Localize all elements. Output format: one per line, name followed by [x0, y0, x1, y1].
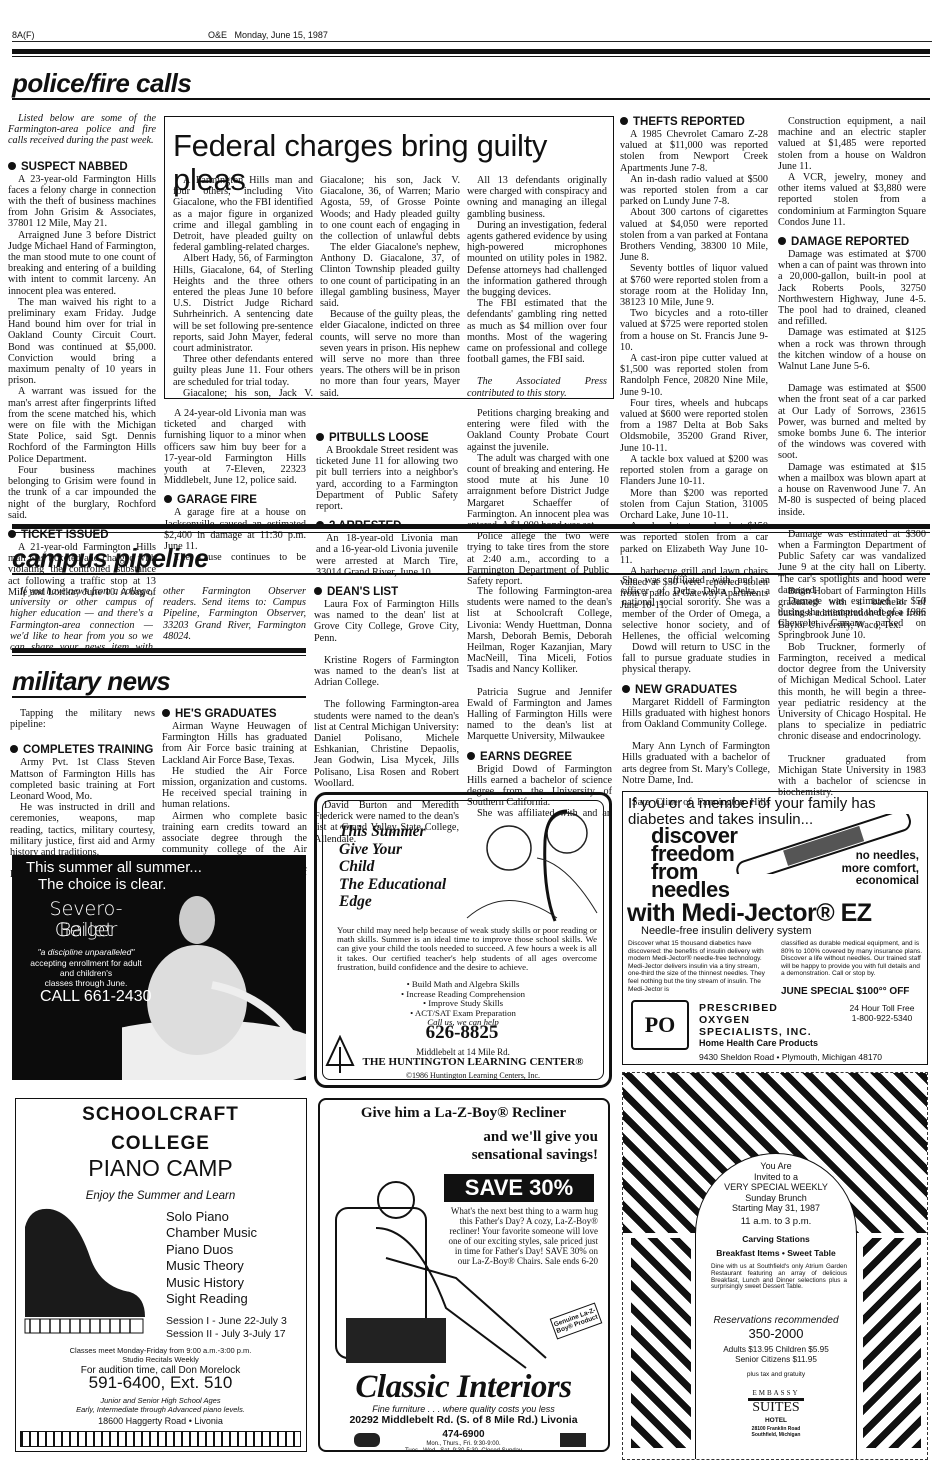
ad-phone: 626-8825: [377, 1027, 547, 1038]
hotel-brand: SUITES: [695, 1401, 857, 1415]
ad-time: 11 a.m. to 3 p.m.: [695, 1216, 857, 1227]
paragraph: Laura Fox of Farmington Hills was named …: [314, 599, 459, 644]
paragraph: The following Farmington-area students w…: [467, 586, 612, 676]
paragraph: Brian Hobart of Farmington Hills graduat…: [778, 586, 926, 631]
paragraph: The FBI estimated that the defendants' g…: [467, 298, 607, 365]
federal-story-box: Federal charges bring guilty pleas A Far…: [164, 116, 614, 399]
paragraph: A 23-year-old Farmington Hills faces a f…: [8, 174, 156, 230]
piano-keyboard-graphic: [20, 1431, 301, 1447]
bullet-icon: [467, 752, 475, 760]
paragraph: A warrant was issued for the man's arres…: [8, 386, 156, 464]
hotel-address: 28100 Franklin RoadSouthfield, Michigan: [695, 1427, 857, 1438]
bullet-icon: [8, 162, 16, 170]
section-title-police: police/fire calls: [12, 68, 930, 100]
paragraph: The following Farmington-area students w…: [314, 699, 459, 789]
paragraph: She was affiliated with and an officer o…: [622, 575, 770, 642]
bullet-icon: [778, 237, 786, 245]
bullet-icon: [10, 745, 18, 753]
hotel-brand: HOTEL: [695, 1415, 857, 1426]
visa-card-icon: [560, 1433, 586, 1447]
ad-feature: Carving Stations: [683, 1234, 869, 1245]
ad-line: The choice is clear.: [38, 876, 166, 893]
ad-copyright: ©1986 Huntington Learning Centers, Inc.: [337, 1070, 609, 1081]
paragraph: He studied the Air Force mission, organi…: [162, 766, 307, 811]
paragraph: All 13 defendants originally were charge…: [467, 175, 607, 220]
ad-address: 20292 Middlebelt Rd. (S. of 8 Mile Rd.) …: [320, 1415, 607, 1426]
ad-brand: with Medi-Jector® EZ: [627, 900, 872, 926]
credit-card-icon: [354, 1433, 380, 1447]
paragraph: Four business machines belonging to Gris…: [8, 465, 156, 521]
paragraph: Damage was estimated at $125 when a rock…: [778, 327, 926, 372]
paragraph: The man waived his right to a preliminar…: [8, 297, 156, 387]
ad-headline: This SummerGive YourChildThe Educational…: [339, 823, 446, 911]
ad-tagline: "a discipline unparalleled": [16, 947, 156, 958]
ad-benefits: no needles,more comfort,economical: [842, 850, 919, 888]
ad-classic-interiors-lazboy[interactable]: Give him a La-Z-Boy® Recliner and we'll …: [318, 1098, 610, 1452]
paragraph: More than $200 was reported stolen from …: [620, 488, 768, 522]
ad-body: What's the next best thing to a warm hug…: [448, 1206, 598, 1266]
paragraph: A cast-iron pipe cutter valued at $1,500…: [620, 353, 768, 398]
police-intro: Listed below are some of the Farmington-…: [8, 113, 156, 147]
paragraph: Because of the guilty pleas, the elder G…: [320, 309, 460, 399]
police-col-2: A 24-year-old Livonia man was ticketed a…: [164, 408, 306, 563]
head-completes-training: COMPLETES TRAINING: [10, 744, 155, 757]
paragraph: Damage was estimated at $700 when a can …: [778, 249, 926, 327]
ad-headline-2: and we'll give yousensational savings!: [472, 1128, 598, 1164]
paragraph: Arraigned June 3 before District Judge M…: [8, 230, 156, 297]
ad-medi-jector[interactable]: If you or a member of your family hasdia…: [622, 791, 928, 1065]
ad-tollfree: 24 Hour Toll Free1-800-922-5340: [837, 1003, 927, 1023]
lattice-right-graphic: [863, 1238, 921, 1448]
section-rule: [12, 648, 306, 653]
ad-invite: You AreInvited to aVERY SPECIAL WEEKLYSu…: [695, 1161, 857, 1214]
paragraph: A 1985 Chevrolet Camaro Z-28 valued at $…: [620, 129, 768, 174]
bullet-icon: [620, 117, 628, 125]
campus-intro-text: If you have news from a college, univers…: [10, 586, 306, 653]
ad-special: JUNE SPECIAL $100°° OFF: [781, 986, 909, 997]
section-rule-thin: [12, 532, 930, 533]
federal-col-3: All 13 defendants originally were charge…: [467, 175, 607, 399]
federal-col-2: Giacalone; his son, Jack V. Giacalone, 3…: [320, 175, 460, 399]
recliner-illustration: [326, 1168, 556, 1378]
ad-phone: 591-6400, Ext. 510: [16, 1377, 305, 1388]
ad-address: 18600 Haggerty Road • Livonia: [16, 1416, 305, 1427]
section-rule-thin: [12, 655, 306, 656]
top-rule-thin: [12, 56, 930, 57]
dateline: O&E Monday, June 15, 1987: [208, 30, 328, 41]
head-deans-list: DEAN'S LIST: [314, 586, 459, 599]
campus-col-2: The following Farmington-area students w…: [467, 586, 612, 819]
paragraph: The elder Giacalone's nephew, Anthony D.…: [320, 242, 460, 309]
paragraph: Kristine Rogers of Farmington was named …: [314, 655, 459, 689]
page-folio: 8A(F) O&E Monday, June 15, 1987: [12, 30, 932, 42]
head-new-graduates: NEW GRADUATES: [622, 684, 770, 697]
head-pitbulls-loose: PITBULLS LOOSE: [316, 432, 458, 445]
ad-headline: Give him a La-Z-Boy® Recliner: [320, 1108, 607, 1119]
paragraph: Seventy bottles of liquor valued at $760…: [620, 263, 768, 308]
ad-bullets: • Build Math and Algebra Skills• Increas…: [317, 980, 609, 1028]
head-ticket-issued: TICKET ISSUED: [8, 529, 156, 542]
paragraph: Giacalone; his son, Jack V. Giacalone, 3…: [173, 388, 313, 399]
bullet-icon: [622, 685, 630, 693]
police-col-5: THEFTS REPORTED A 1985 Chevrolet Camaro …: [620, 116, 768, 611]
ad-body: Dine with us at Southfield's only Atrium…: [711, 1264, 847, 1291]
paragraph: About 300 cartons of cigarettes valued a…: [620, 207, 768, 263]
bullet-icon: [314, 587, 322, 595]
ad-brand: THE HUNTINGTON LEARNING CENTER®: [337, 1057, 609, 1068]
paragraph: Construction equipment, a nail machine a…: [778, 116, 926, 172]
ad-sessions: Session I - June 22-July 3Session II - J…: [166, 1315, 287, 1341]
top-rule: [12, 49, 930, 54]
ad-reservations: Reservations recommended: [695, 1315, 857, 1326]
ballet-name: Ballet: [26, 920, 146, 941]
paragraph: Patricia Sugrue and Jennifer Ewald of Fa…: [467, 687, 612, 743]
bullet-icon: [316, 433, 324, 441]
children-illustration: [457, 803, 607, 928]
paragraph: Margaret Riddell of Farmington Hills gra…: [622, 697, 770, 731]
paragraph: Damage was estimated at $500 when the fr…: [778, 383, 926, 461]
tree-logo-icon: [325, 1035, 355, 1075]
paragraph: An in-dash radio valued at $500 was repo…: [620, 174, 768, 208]
paragraph: Airman Wayne Heuwagen of Farmington Hill…: [162, 721, 307, 766]
ad-body: Your child may need help because of weak…: [337, 926, 597, 972]
ad-phone: CALL 661-2430: [40, 991, 152, 1002]
section-title-military: military news: [12, 666, 306, 698]
federal-col-1: A Farmington Hills man and four others, …: [173, 175, 313, 399]
ad-college-name: SCHOOLCRAFT: [16, 1109, 305, 1120]
ad-huntington-learning-center[interactable]: This SummerGive YourChildThe Educational…: [314, 792, 612, 1088]
lattice-left-graphic: [631, 1238, 691, 1448]
ad-schoolcraft-piano-camp[interactable]: SCHOOLCRAFT COLLEGE PIANO CAMP Enjoy the…: [15, 1098, 307, 1452]
paragraph: Dowd will return to USC in the fall to p…: [622, 642, 770, 676]
ad-company: PRESCRIBEDOXYGENSPECIALISTS, INC.: [699, 1002, 812, 1038]
head-suspect-nabbed: SUSPECT NABBED: [8, 161, 156, 174]
head-damage-reported: DAMAGE REPORTED: [778, 236, 926, 249]
ad-body: accepting enrollment for adultand childr…: [16, 958, 156, 988]
head-thefts-reported: THEFTS REPORTED: [620, 116, 768, 129]
paragraph: Bob Truckner, formerly of Farmington, re…: [778, 642, 926, 743]
military-intro: Tapping the military news pipeline:: [10, 708, 155, 730]
paragraph: Three other defendants entered guilty pl…: [173, 354, 313, 388]
ad-class-info: Classes meet Monday-Friday from 9:00 a.m…: [16, 1347, 305, 1364]
paragraph: Mary Ann Lynch of Farmington Hills gradu…: [622, 741, 770, 786]
ad-subtitle: Needle-free insulin delivery system: [641, 926, 812, 937]
ad-severo-geiger-ballet[interactable]: This summer all summer... The choice is …: [12, 855, 306, 1080]
genuine-tag: Genuine La-Z-Boy® Product: [550, 1302, 603, 1339]
paragraph: Two bicycles and a roto-tiller valued at…: [620, 308, 768, 353]
campus-col-4: Brian Hobart of Farmington Hills graduat…: [778, 586, 926, 798]
store-name: Classic Interiors: [320, 1370, 607, 1404]
paragraph: Damage was estimated at $15 when a mailb…: [778, 462, 926, 518]
campus-col-3: She was affiliated with and an officer o…: [622, 586, 770, 808]
section-rule: [12, 524, 930, 529]
ad-phone: 350-2000: [695, 1328, 857, 1339]
po2-logo-icon: PO: [631, 1000, 689, 1050]
campus-intro: If you have news from a college, univers…: [10, 586, 306, 653]
paragraph: Giacalone; his son, Jack V. Giacalone, 3…: [320, 175, 460, 242]
page-number: 8A(F): [12, 30, 35, 41]
paragraph: A VCR, jewelry, money and other items va…: [778, 172, 926, 228]
grand-piano-image: [20, 1207, 145, 1337]
paragraph: The adult was charged with one count of …: [467, 453, 609, 531]
bullet-icon: [164, 495, 172, 503]
paragraph: Albert Hady, 56, of Farmington Hills, Gi…: [173, 253, 313, 354]
head-earns-degree: EARNS DEGREE: [467, 751, 612, 764]
paragraph: He was instructed in drill and ceremonie…: [10, 802, 155, 858]
section-title-campus: campus pipeline: [12, 543, 930, 575]
ad-prices: Adults $13.95 Children $5.95Senior Citiz…: [695, 1345, 857, 1364]
paragraph: Four tires, wheels and hubcaps valued at…: [620, 398, 768, 454]
paragraph: During an investigation, federal agents …: [467, 220, 607, 298]
paragraph: A tackle box valued at $200 was reported…: [620, 454, 768, 488]
paragraph: Petitions charging breaking and entering…: [467, 408, 609, 453]
story-credit: The Associated Press contributed to this…: [467, 376, 607, 398]
head-garage-fire: GARAGE FIRE: [164, 494, 306, 507]
paragraph: Army Pvt. 1st Class Steven Mattson of Fa…: [10, 757, 155, 802]
paragraph: A Brookdale Street resident was ticketed…: [316, 445, 458, 512]
ad-tagline: Home Health Care Products: [699, 1038, 818, 1049]
ad-title: PIANO CAMP: [16, 1163, 305, 1174]
ad-ages: Junior and Senior High School AgesEarly,…: [16, 1397, 305, 1414]
ad-address: 9430 Sheldon Road • Plymouth, Michigan 4…: [699, 1052, 882, 1063]
ad-body-left: Discover what 15 thousand diabetics have…: [628, 940, 768, 993]
head-hes-graduates: HE'S GRADUATES: [162, 708, 307, 721]
ad-college-name: COLLEGE: [16, 1138, 305, 1149]
ad-body-right: classified as durable medical equipment,…: [781, 940, 925, 978]
ad-feature: Breakfast Items • Sweet Table: [683, 1248, 869, 1259]
ad-tax: plus tax and gratuity: [695, 1369, 857, 1380]
ad-subtitle: Enjoy the Summer and Learn: [16, 1191, 305, 1202]
ad-embassy-suites-brunch[interactable]: You AreInvited to aVERY SPECIAL WEEKLYSu…: [622, 1072, 928, 1460]
ad-course-list: Solo PianoChamber MusicPiano DuosMusic T…: [166, 1209, 257, 1307]
ad-line: This summer all summer...: [26, 859, 202, 876]
paragraph: A Farmington Hills man and four others, …: [173, 175, 313, 253]
bullet-icon: [162, 709, 170, 717]
paragraph: A 24-year-old Livonia man was ticketed a…: [164, 408, 306, 486]
